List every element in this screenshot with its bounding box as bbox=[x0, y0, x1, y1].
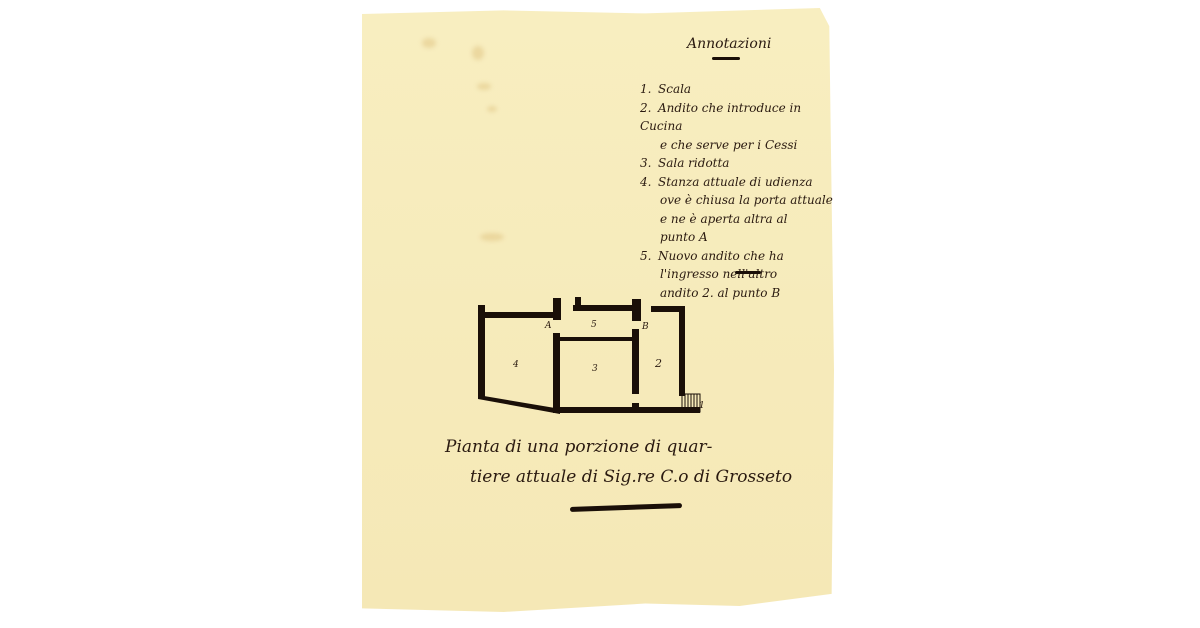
item-number: 5. bbox=[640, 247, 658, 266]
paper-stain bbox=[487, 106, 497, 112]
annotation-item-5: 5.Nuovo andito che ha l'ingresso nell'al… bbox=[640, 247, 840, 303]
point-a-label: A bbox=[545, 321, 552, 331]
item-text-continued: punto A bbox=[640, 228, 840, 247]
annotations-list: 1.Scala 2.Andito che introduce in Cucina… bbox=[640, 80, 840, 302]
paper-stain bbox=[477, 83, 491, 90]
floor-plan: A B 4 3 2 5 1 bbox=[475, 295, 705, 420]
item-text: Sala ridotta bbox=[658, 156, 729, 170]
item-number: 2. bbox=[640, 99, 658, 118]
item-number: 1. bbox=[640, 80, 658, 99]
caption-line-1: Pianta di una porzione di quar- bbox=[445, 432, 825, 462]
item-text: Andito che introduce in Cucina bbox=[640, 101, 801, 134]
item-text-continued: l'ingresso nell'altro bbox=[640, 265, 840, 284]
item-text-continued: e che serve per i Cessi bbox=[640, 136, 840, 155]
caption-line-2: tiere attuale di Sig.re C.o di Grosseto bbox=[445, 462, 825, 492]
annotations-title: Annotazioni bbox=[687, 36, 771, 52]
item-text: Nuovo andito che ha bbox=[658, 249, 784, 263]
annotation-item-1: 1.Scala bbox=[640, 80, 840, 99]
title-underline bbox=[712, 57, 740, 60]
item-text: Stanza attuale di udienza bbox=[658, 175, 813, 189]
paper-stain bbox=[472, 46, 484, 60]
room-3-label: 3 bbox=[592, 364, 598, 374]
paper-stain bbox=[480, 233, 504, 241]
room-2-label: 2 bbox=[655, 357, 662, 370]
paper-stain bbox=[422, 38, 436, 48]
plan-caption: Pianta di una porzione di quar- tiere at… bbox=[445, 432, 825, 492]
annotation-item-3: 3.Sala ridotta bbox=[640, 154, 840, 173]
annotation-item-2: 2.Andito che introduce in Cucina e che s… bbox=[640, 99, 840, 155]
annotations-end-mark bbox=[735, 271, 761, 274]
item-text-continued: e ne è aperta altra al bbox=[640, 210, 840, 229]
point-b-label: B bbox=[642, 322, 649, 332]
room-4-label: 4 bbox=[513, 360, 519, 370]
floor-plan-drawing bbox=[475, 295, 705, 420]
item-number: 3. bbox=[640, 154, 658, 173]
item-number: 4. bbox=[640, 173, 658, 192]
annotation-item-4: 4.Stanza attuale di udienza ove è chiusa… bbox=[640, 173, 840, 247]
room-1-label: 1 bbox=[699, 401, 705, 411]
item-text-continued: ove è chiusa la porta attuale bbox=[640, 191, 840, 210]
item-text: Scala bbox=[658, 82, 691, 96]
room-5-label: 5 bbox=[591, 320, 597, 330]
